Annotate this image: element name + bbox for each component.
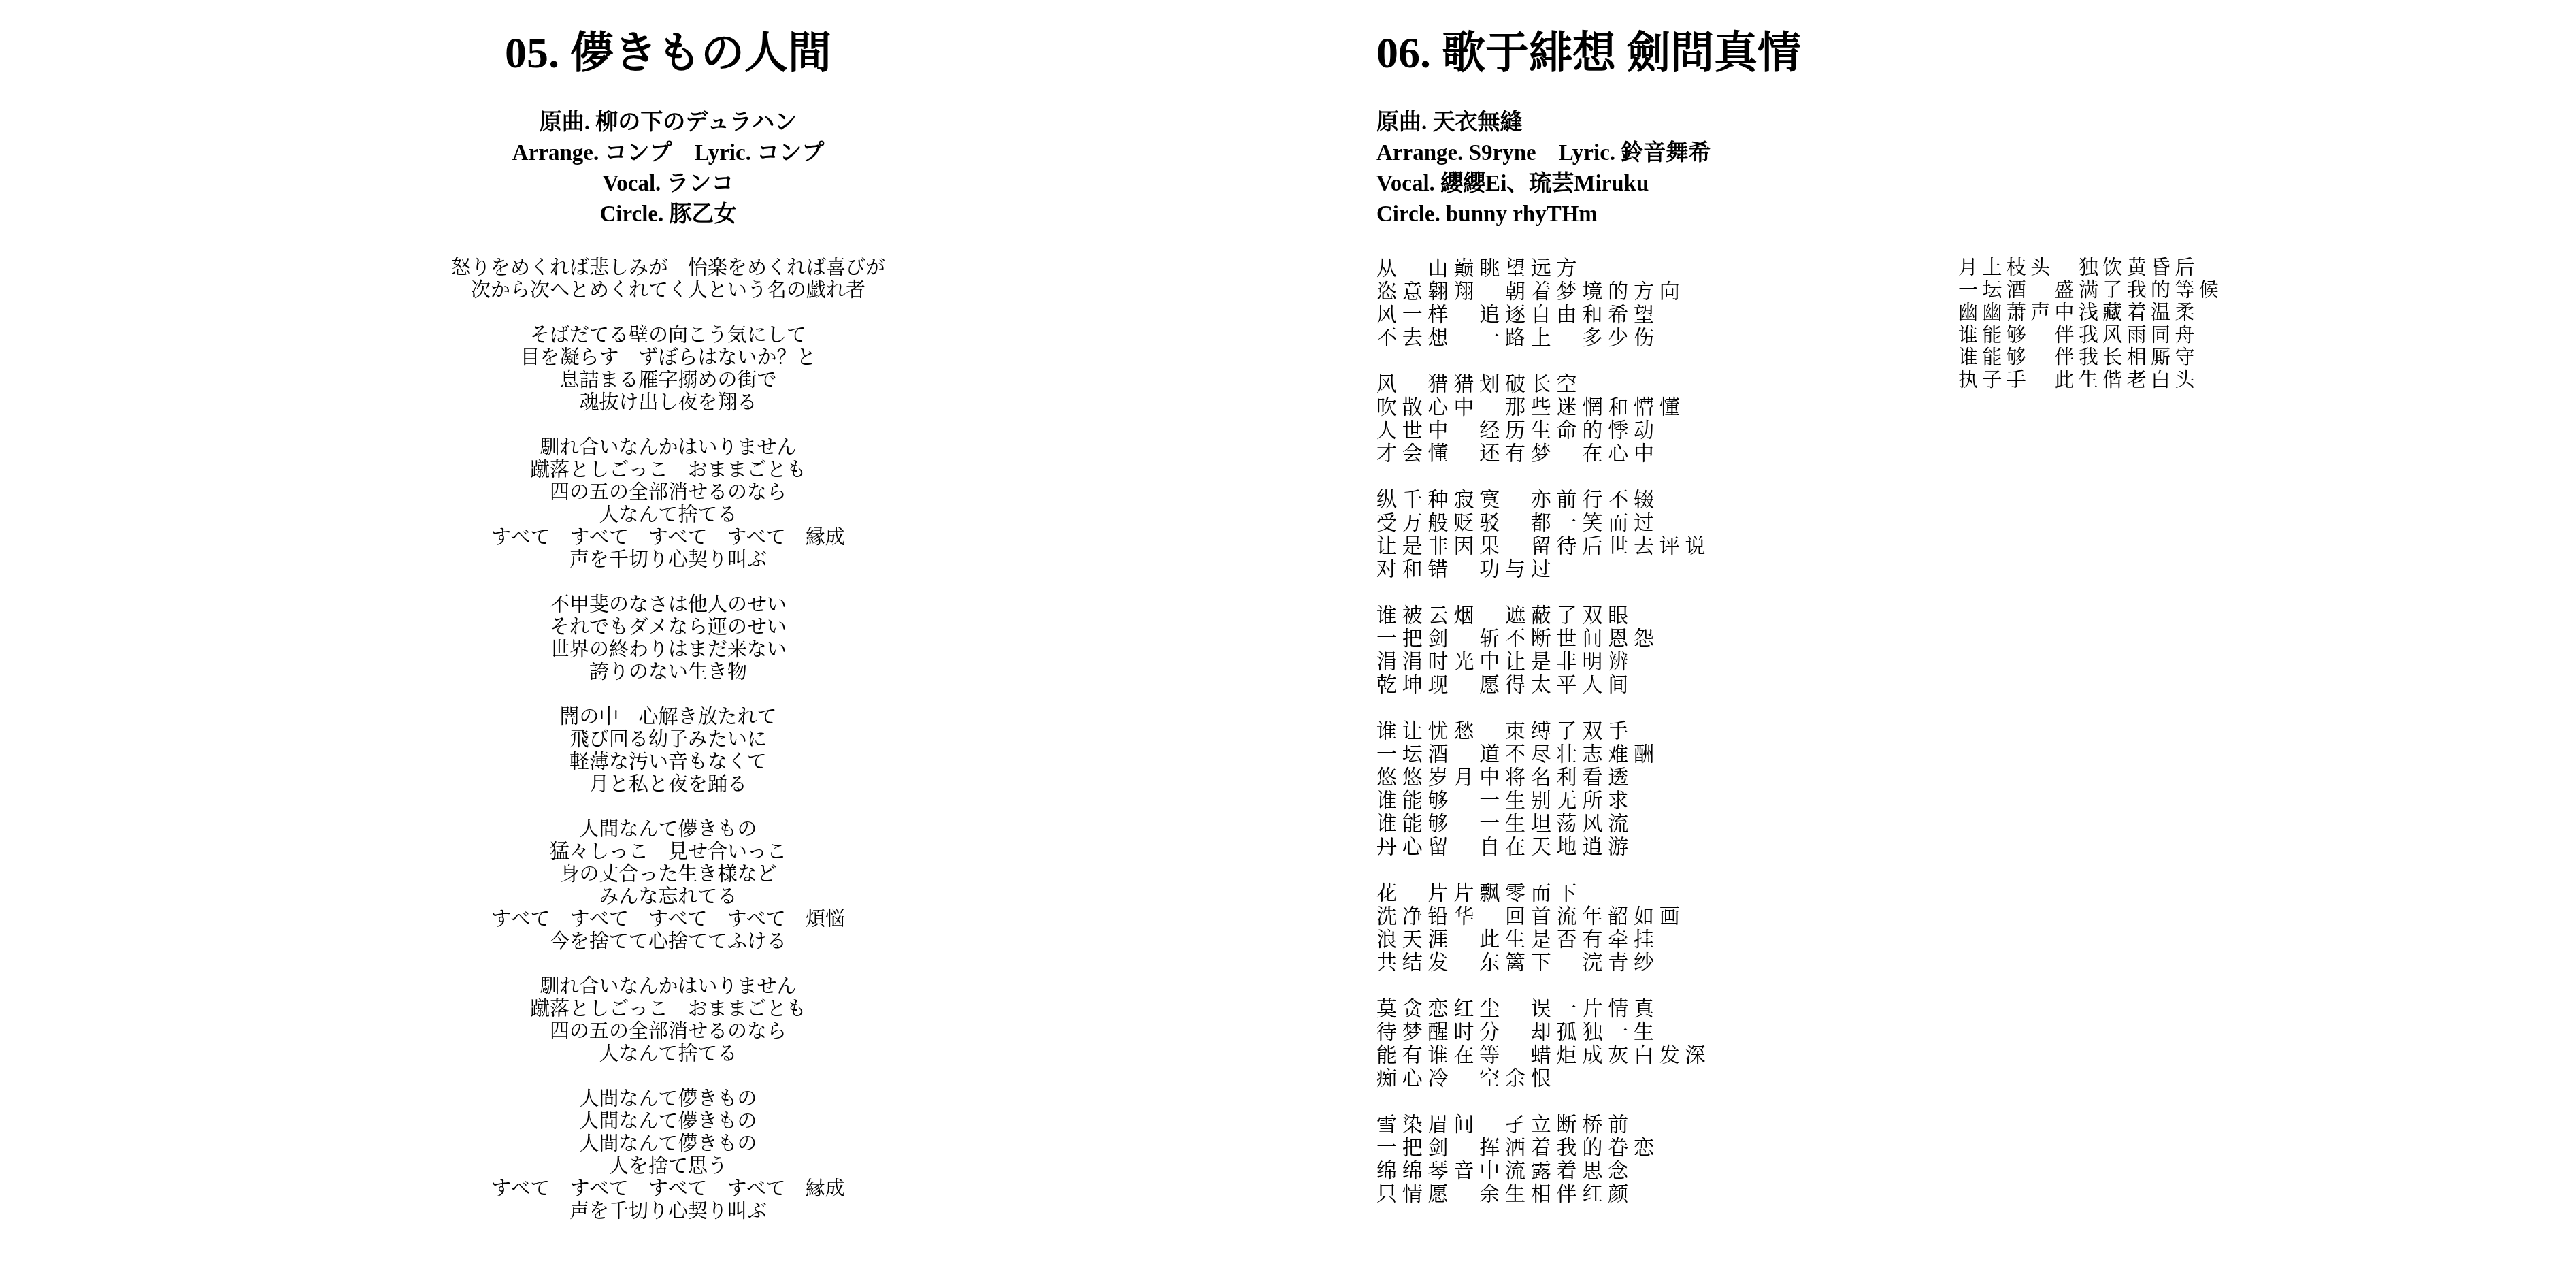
lyric-line: 月と私と夜を踊る (328, 774, 1008, 796)
lyric-line: 次から次へとめくれてく人という名の戯れ者 (328, 280, 1008, 302)
lyric-line: それでもダメなら運のせい (328, 617, 1008, 639)
lyrics-stanza: 谁让忧愁 束缚了双手一坛酒 道不尽壮志难酬悠悠岁月中将名利看透谁能够 一生别无所… (1376, 720, 2438, 859)
credit-arrange-lyric: Arrange. コンプ Lyric. コンプ (328, 138, 1008, 169)
lyric-line: 一坛酒 道不尽壮志难酬 (1376, 743, 2438, 766)
lyric-line: 谁能够 伴我风雨同舟 (1958, 325, 2223, 347)
lyric-line: みんな忘れてる (328, 886, 1008, 909)
song-06-side-stanza: 月上枝头 独饮黄昏后一坛酒 盛满了我的等候幽幽萧声中浅藏着温柔谁能够 伴我风雨同… (1958, 257, 2223, 392)
lyric-line: 軽薄な汚い音もなくて (328, 751, 1008, 774)
lyric-line: 风 猎猎划破长空 (1376, 373, 2438, 396)
song-05-credits: 原曲. 柳の下のデュラハン Arrange. コンプ Lyric. コンプ Vo… (328, 108, 1008, 230)
lyric-line: 飛び回る幼子みたいに (328, 729, 1008, 751)
lyric-line: 闇の中 心解き放たれて (328, 706, 1008, 729)
lyric-line: 怒りをめくれば悲しみが 怡楽をめくれば喜びが (328, 257, 1008, 280)
page-song-06: 06. 歌于緋想 劍問真情 原曲. 天衣無縫 Arrange. S9ryne L… (1376, 0, 2438, 1229)
lyric-line: 人を捨て思う (328, 1156, 1008, 1178)
lyric-line: 丹心留 自在天地逍游 (1376, 836, 2438, 859)
lyric-line: 人間なんて儚きもの (328, 1111, 1008, 1133)
lyric-line: 绵绵琴音中流露着思念 (1376, 1160, 2438, 1183)
lyric-line: 猛々しっこ 見せ合いっこ (328, 841, 1008, 864)
lyric-line: 一把剑 斩不断世间恩怨 (1376, 628, 2438, 651)
lyric-line: 洗净铅华 回首流年韶如画 (1376, 905, 2438, 928)
lyrics-stanza: 花 片片飘零而下洗净铅华 回首流年韶如画浪天涯 此生是否有牵挂共结发 东篱下 浣… (1376, 882, 2438, 975)
lyric-line: 谁被云烟 遮蔽了双眼 (1376, 604, 2438, 628)
credit-original: 原曲. 柳の下のデュラハン (328, 108, 1008, 138)
lyric-line: 恣意翱翔 朝着梦境的方向 (1376, 280, 2438, 304)
lyric-line: 一把剑 挥洒着我的眷恋 (1376, 1137, 2438, 1160)
lyric-line: 今を捨てて心捨ててふける (328, 931, 1008, 954)
credit-circle: Circle. bunny rhyTHm (1376, 199, 2438, 230)
lyric-line: 蹴落としごっこ おままごとも (328, 459, 1008, 482)
lyric-line: 声を千切り心契り叫ぶ (328, 549, 1008, 572)
credit-circle: Circle. 豚乙女 (328, 199, 1008, 230)
lyric-line: 四の五の全部消せるのなら (328, 1021, 1008, 1043)
lyric-line: 蹴落としごっこ おままごとも (328, 998, 1008, 1021)
lyrics-stanza: 从 山巅眺望远方恣意翱翔 朝着梦境的方向风一样 追逐自由和希望不去想 一路上 多… (1376, 257, 2438, 350)
lyric-line: 痴心冷 空余恨 (1376, 1067, 2438, 1090)
lyrics-stanza: 莫贪恋红尘 误一片情真待梦醒时分 却孤独一生能有谁在等 蜡炬成灰白发深痴心冷 空… (1376, 998, 2438, 1090)
song-06-credits: 原曲. 天衣無縫 Arrange. S9ryne Lyric. 鈴音舞希 Voc… (1376, 108, 2438, 230)
lyrics-stanza: 怒りをめくれば悲しみが 怡楽をめくれば喜びが次から次へとめくれてく人という名の戯… (328, 257, 1008, 302)
lyric-line: 对和错 功与过 (1376, 558, 2438, 581)
lyrics-stanza: 不甲斐のなさは他人のせいそれでもダメなら運のせい世界の終わりはまだ来ない誇りのな… (328, 594, 1008, 684)
page-song-05: 05. 儚きもの人間 原曲. 柳の下のデュラハン Arrange. コンプ Ly… (328, 0, 1008, 1245)
song-05-lyrics: 怒りをめくれば悲しみが 怡楽をめくれば喜びが次から次へとめくれてく人という名の戯… (328, 257, 1008, 1223)
lyric-line: 不去想 一路上 多少伤 (1376, 327, 2438, 350)
lyric-line: 从 山巅眺望远方 (1376, 257, 2438, 280)
lyric-line: 谁能够 伴我长相厮守 (1958, 347, 2223, 370)
lyric-line: 让是非因果 留待后世去评说 (1376, 535, 2438, 558)
lyric-line: 不甲斐のなさは他人のせい (328, 594, 1008, 617)
lyric-line: 人間なんて儚きもの (328, 1088, 1008, 1111)
lyric-line: 涓涓时光中让是非明辨 (1376, 651, 2438, 674)
lyrics-stanza: 馴れ合いなんかはいりません蹴落としごっこ おままごとも四の五の全部消せるのなら人… (328, 437, 1008, 572)
lyric-line: 身の丈合った生き様など (328, 864, 1008, 886)
lyrics-stanza: 闇の中 心解き放たれて飛び回る幼子みたいに軽薄な汚い音もなくて月と私と夜を踊る (328, 706, 1008, 796)
lyric-line: すべて すべて すべて すべて 縁成 (328, 1178, 1008, 1201)
lyric-line: 花 片片飘零而下 (1376, 882, 2438, 905)
lyric-line: 四の五の全部消せるのなら (328, 482, 1008, 504)
lyric-line: 风一样 追逐自由和希望 (1376, 304, 2438, 327)
credit-vocal: Vocal. 纓纓Ei、琉芸Miruku (1376, 169, 2438, 199)
lyric-line: そばだてる壁の向こう気にして (328, 325, 1008, 347)
lyric-line: 才会懂 还有梦 在心中 (1376, 442, 2438, 466)
lyric-line: 世界の終わりはまだ来ない (328, 639, 1008, 662)
song-06-title: 06. 歌于緋想 劍問真情 (1376, 26, 2438, 80)
lyric-line: 馴れ合いなんかはいりません (328, 976, 1008, 998)
lyric-line: 能有谁在等 蜡炬成灰白发深 (1376, 1044, 2438, 1067)
lyric-line: 谁能够 一生坦荡风流 (1376, 813, 2438, 836)
lyrics-stanza: 人間なんて儚きもの猛々しっこ 見せ合いっこ身の丈合った生き様などみんな忘れてるす… (328, 819, 1008, 954)
lyric-line: 人間なんて儚きもの (328, 1133, 1008, 1156)
credit-original: 原曲. 天衣無縫 (1376, 108, 2438, 138)
lyric-line: 息詰まる雁字搦めの街で (328, 370, 1008, 392)
lyric-line: 人世中 经历生命的悸动 (1376, 419, 2438, 442)
lyric-line: 谁让忧愁 束缚了双手 (1376, 720, 2438, 743)
lyric-line: 共结发 东篱下 浣青纱 (1376, 951, 2438, 975)
lyric-line: 一坛酒 盛满了我的等候 (1958, 280, 2223, 302)
lyric-line: 魂抜け出し夜を翔る (328, 392, 1008, 414)
lyrics-stanza: 纵千种寂寞 亦前行不辍受万般贬驳 都一笑而过让是非因果 留待后世去评说对和错 功… (1376, 489, 2438, 581)
lyric-line: 人なんて捨てる (328, 1043, 1008, 1066)
lyric-line: 人なんて捨てる (328, 504, 1008, 527)
lyrics-stanza: そばだてる壁の向こう気にして目を凝らす ずぼらはないか？と息詰まる雁字搦めの街で… (328, 325, 1008, 414)
lyrics-stanza: 人間なんて儚きもの人間なんて儚きもの人間なんて儚きもの人を捨て思うすべて すべて… (328, 1088, 1008, 1223)
lyric-line: すべて すべて すべて すべて 煩悩 (328, 909, 1008, 931)
lyric-line: 月上枝头 独饮黄昏后 (1958, 257, 2223, 280)
lyric-line: 纵千种寂寞 亦前行不辍 (1376, 489, 2438, 512)
credit-vocal: Vocal. ランコ (328, 169, 1008, 199)
lyric-line: 乾坤现 愿得太平人间 (1376, 674, 2438, 697)
lyrics-stanza: 风 猎猎划破长空吹散心中 那些迷惘和懵懂人世中 经历生命的悸动才会懂 还有梦 在… (1376, 373, 2438, 466)
lyric-line: 浪天涯 此生是否有牵挂 (1376, 928, 2438, 951)
lyric-line: 执子手 此生偕老白头 (1958, 370, 2223, 392)
lyric-line: 待梦醒时分 却孤独一生 (1376, 1021, 2438, 1044)
lyrics-stanza: 馴れ合いなんかはいりません蹴落としごっこ おままごとも四の五の全部消せるのなら人… (328, 976, 1008, 1066)
lyric-line: 悠悠岁月中将名利看透 (1376, 766, 2438, 789)
lyric-line: 幽幽萧声中浅藏着温柔 (1958, 302, 2223, 325)
song-06-lyrics: 从 山巅眺望远方恣意翱翔 朝着梦境的方向风一样 追逐自由和希望不去想 一路上 多… (1376, 257, 2438, 1206)
lyric-line: 吹散心中 那些迷惘和懵懂 (1376, 396, 2438, 419)
lyric-line: 受万般贬驳 都一笑而过 (1376, 512, 2438, 535)
lyric-line: 馴れ合いなんかはいりません (328, 437, 1008, 459)
lyric-line: すべて すべて すべて すべて 縁成 (328, 527, 1008, 549)
lyric-line: 目を凝らす ずぼらはないか？と (328, 347, 1008, 370)
lyric-line: 谁能够 一生别无所求 (1376, 789, 2438, 813)
lyrics-stanza: 雪染眉间 孑立断桥前一把剑 挥洒着我的眷恋绵绵琴音中流露着思念只情愿 余生相伴红… (1376, 1113, 2438, 1206)
lyric-line: 声を千切り心契り叫ぶ (328, 1201, 1008, 1223)
lyric-line: 誇りのない生き物 (328, 662, 1008, 684)
lyric-line: 人間なんて儚きもの (328, 819, 1008, 841)
lyric-line: 雪染眉间 孑立断桥前 (1376, 1113, 2438, 1137)
lyric-line: 只情愿 余生相伴红颜 (1376, 1183, 2438, 1206)
song-05-title: 05. 儚きもの人間 (328, 26, 1008, 80)
lyric-line: 莫贪恋红尘 误一片情真 (1376, 998, 2438, 1021)
lyrics-stanza: 谁被云烟 遮蔽了双眼一把剑 斩不断世间恩怨涓涓时光中让是非明辨乾坤现 愿得太平人… (1376, 604, 2438, 697)
credit-arrange-lyric: Arrange. S9ryne Lyric. 鈴音舞希 (1376, 138, 2438, 169)
